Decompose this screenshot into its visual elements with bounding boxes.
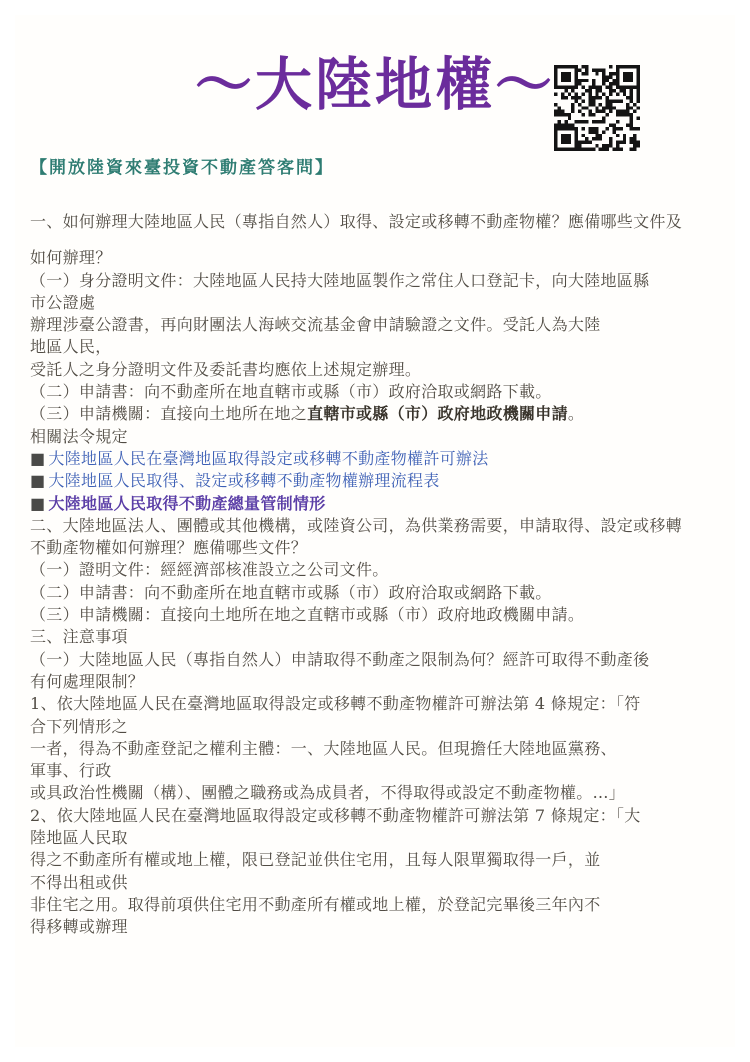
doc-line: 不動產物權如何辦理？應備哪些文件？	[30, 537, 720, 559]
document-body: 一、如何辦理大陸地區人民（專指自然人）取得、設定或移轉不動產物權？應備哪些文件及…	[30, 211, 720, 939]
doc-line: 市公證處	[30, 292, 720, 314]
doc-line: 三、注意事項	[30, 626, 720, 648]
square-bullet-icon: ■	[30, 494, 45, 513]
doc-line: 軍事、行政	[30, 760, 720, 782]
doc-line: （三）申請機關：直接向土地所在地之直轄市或縣（市）政府地政機關申請。	[30, 403, 720, 425]
doc-line: 得之不動產所有權或地上權，限已登記並供住宅用，且每人限單獨取得一戶，並	[30, 849, 720, 871]
doc-line-bold-text: 直轄市或縣（市）政府地政機關申請	[307, 404, 568, 423]
link-text: 大陸地區人民在臺灣地區取得設定或移轉不動產物權許可辦法	[48, 449, 488, 468]
square-bullet-icon: ■	[30, 471, 45, 490]
document-page: ～大陸地權～ 【開放陸資來臺投資不動產答客問】 一、如何辦理大陸地區人民（專指自…	[0, 0, 750, 1062]
doc-line: 一、如何辦理大陸地區人民（專指自然人）取得、設定或移轉不動產物權？應備哪些文件及	[30, 211, 720, 233]
doc-line: 辦理涉臺公證書，再向財團法人海峽交流基金會申請驗證之文件。受託人為大陸	[30, 314, 720, 336]
doc-line: （二）申請書：向不動產所在地直轄市或縣（市）政府洽取或網路下載。	[30, 381, 720, 403]
doc-line: 或具政治性機關（構）、團體之職務或為成員者，不得取得或設定不動產物權。…」	[30, 782, 720, 804]
doc-line: 一者，得為不動產登記之權利主體：一、大陸地區人民。但現擔任大陸地區黨務、	[30, 738, 720, 760]
qr-code	[554, 65, 640, 151]
link-text: 大陸地區人民取得、設定或移轉不動產物權辦理流程表	[48, 471, 439, 490]
doc-line: 非住宅之用。取得前項供住宅用不動產所有權或地上權，於登記完畢後三年內不	[30, 894, 720, 916]
doc-line: 陸地區人民取	[30, 827, 720, 849]
doc-line: 不得出租或供	[30, 872, 720, 894]
page-content: ～大陸地權～ 【開放陸資來臺投資不動產答客問】 一、如何辦理大陸地區人民（專指自…	[15, 15, 735, 1047]
link-quota-control-status[interactable]: ■大陸地區人民取得不動產總量管制情形	[30, 493, 720, 515]
doc-line: （一）大陸地區人民（專指自然人）申請取得不動產之限制為何？經許可取得不動產後	[30, 649, 720, 671]
doc-line: 2、依大陸地區人民在臺灣地區取得設定或移轉不動產物權許可辦法第 7 條規定：「大	[30, 805, 720, 827]
square-bullet-icon: ■	[30, 449, 45, 468]
section-heading: 【開放陸資來臺投資不動產答客問】	[30, 155, 720, 181]
doc-line: 合下列情形之	[30, 716, 720, 738]
doc-line: 如何辦理？	[30, 247, 720, 269]
doc-line: 地區人民，	[30, 336, 720, 358]
doc-line-text: 。	[568, 404, 584, 423]
doc-line: 得移轉或辦理	[30, 916, 720, 938]
doc-line: 受託人之身分證明文件及委託書均應依上述規定辦理。	[30, 359, 720, 381]
link-acquisition-permit-regulations[interactable]: ■大陸地區人民在臺灣地區取得設定或移轉不動產物權許可辦法	[30, 448, 720, 470]
doc-line-text: （三）申請機關：直接向土地所在地之	[30, 404, 307, 423]
related-regulations-label: 相關法令規定	[30, 426, 720, 448]
link-text: 大陸地區人民取得不動產總量管制情形	[48, 494, 325, 513]
doc-line: （一）證明文件：經經濟部核准設立之公司文件。	[30, 559, 720, 581]
doc-line: 1、依大陸地區人民在臺灣地區取得設定或移轉不動產物權許可辦法第 4 條規定：「符	[30, 693, 720, 715]
doc-line: （三）申請機關：直接向土地所在地之直轄市或縣（市）政府地政機關申請。	[30, 604, 720, 626]
doc-line: （一）身分證明文件：大陸地區人民持大陸地區製作之常住人口登記卡，向大陸地區縣	[30, 270, 720, 292]
link-processing-flowchart[interactable]: ■大陸地區人民取得、設定或移轉不動產物權辦理流程表	[30, 470, 720, 492]
doc-line: 二、大陸地區法人、團體或其他機構，或陸資公司，為供業務需要，申請取得、設定或移轉	[30, 515, 720, 537]
doc-line: 有何處理限制？	[30, 671, 720, 693]
doc-line: （二）申請書：向不動產所在地直轄市或縣（市）政府洽取或網路下載。	[30, 582, 720, 604]
